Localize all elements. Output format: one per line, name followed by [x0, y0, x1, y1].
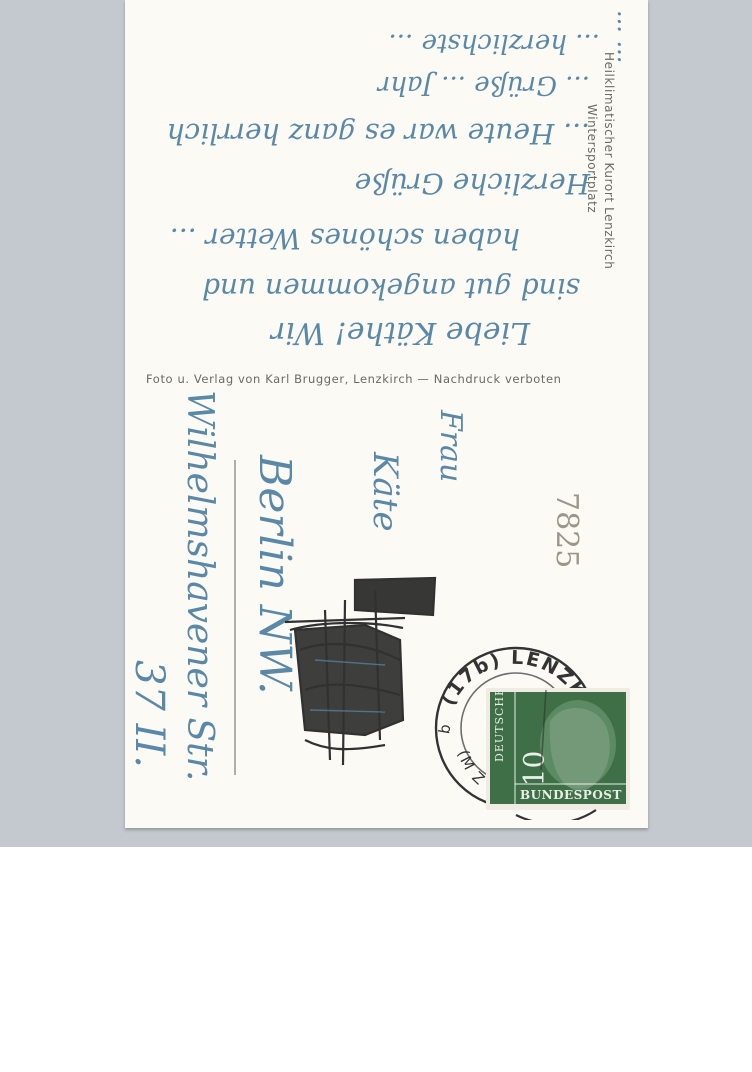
recipient-prefix: Frau — [433, 410, 468, 482]
message-line-5: ... Heute war es ganz herrlich — [167, 117, 590, 150]
message-line-3: haben schönes Wetter ... — [170, 222, 520, 255]
message-line-2: sind gut angekommen und — [202, 272, 580, 305]
title-line-1: Heilklimatischer Kurort Lenzkirch — [602, 52, 616, 269]
address-street: Wilhelmshavener Str. — [179, 390, 220, 781]
message-line-7: ... herzlichste ... — [389, 28, 601, 58]
svg-text:b: b — [435, 723, 454, 736]
margin-note: ... ... — [612, 10, 640, 63]
message-line-4: Herzliche Grüße — [355, 167, 590, 200]
message-line-1: Liebe Käthe! Wir — [271, 315, 530, 350]
scribble-mark — [285, 570, 445, 770]
message-line-6: ... Grüße ... Jahr — [378, 70, 590, 100]
postmark-overlay — [486, 640, 626, 820]
pencil-note: 7825 — [549, 492, 584, 568]
publisher-line: Foto u. Verlag von Karl Brugger, Lenzkir… — [146, 372, 562, 386]
address-house-number: 37 II. — [126, 660, 172, 768]
address-line — [230, 460, 240, 780]
recipient-name: Käte — [365, 452, 405, 531]
